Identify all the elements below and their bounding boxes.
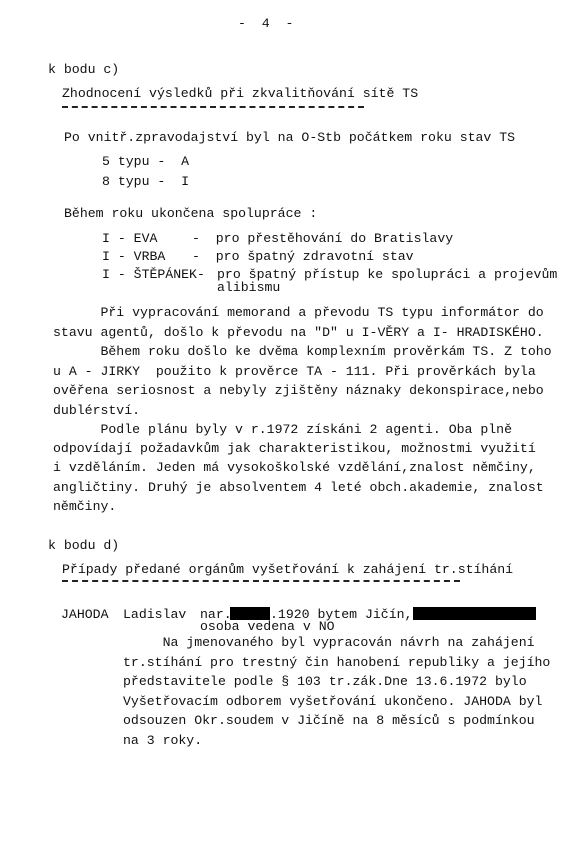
text-line: Podle plánu byly v r.1972 získáni 2 agen… xyxy=(53,422,512,438)
count-i: 8 typu - I xyxy=(102,174,189,190)
intro-text: Po vnitř.zpravodajství byl na O-Stb počá… xyxy=(64,130,515,146)
page-number: - 4 - xyxy=(238,16,293,32)
text-line: u A - JIRKY použito k prověrce TA - 111.… xyxy=(53,364,536,380)
text-line: dublérství. xyxy=(53,403,140,419)
text-line: odpovídají požadavkům jak charakteristik… xyxy=(53,441,536,457)
text-line: Vyšetřovacím odborem vyšetřování ukončen… xyxy=(123,694,542,710)
redaction-address xyxy=(413,607,536,620)
text-line: ověřena seriosnost a nebyly zjištěny náz… xyxy=(53,383,544,399)
case-note: osoba vedena v NO xyxy=(200,619,335,635)
terminated-who: I - EVA xyxy=(102,231,157,247)
heading-underline xyxy=(62,106,364,108)
text-line: odsouzen Okr.soudem v Jičíně na 8 měsíců… xyxy=(123,713,535,729)
terminated-who: I - ŠTĚPÁNEK- xyxy=(102,267,205,283)
text-line: představitele podle § 103 tr.zák.Dne 13.… xyxy=(123,674,527,690)
terminated-reason-cont: alibismu xyxy=(217,280,280,296)
text-line: němčiny. xyxy=(53,499,116,515)
terminated-intro: Během roku ukončena spolupráce : xyxy=(64,206,317,222)
text-line: tr.stíhání pro trestný čin hanobení repu… xyxy=(123,655,550,671)
text-line: Na jmenovaného byl vypracován návrh na z… xyxy=(123,635,535,651)
section-d-label: k bodu d) xyxy=(48,538,119,554)
text-line: stavu agentů, došlo k převodu na "D" u I… xyxy=(53,325,544,341)
count-a: 5 typu - A xyxy=(102,154,189,170)
terminated-reason: - pro přestěhování do Bratislavy xyxy=(192,231,453,247)
section-c-heading: Zhodnocení výsledků při zkvalitňování sí… xyxy=(62,86,418,102)
section-c-label: k bodu c) xyxy=(48,62,119,78)
text-line: Při vypracování memorand a převodu TS ty… xyxy=(53,305,544,321)
case-first-name: Ladislav xyxy=(123,607,186,623)
terminated-who: I - VRBA xyxy=(102,249,165,265)
section-d-heading: Případy předané orgánům vyšetřování k za… xyxy=(62,562,513,578)
text-line: angličtiny. Druhý je absolventem 4 leté … xyxy=(53,480,544,496)
case-surname: JAHODA xyxy=(61,607,108,623)
text-line: na 3 roky. xyxy=(123,733,202,749)
terminated-reason: - pro špatný zdravotní stav xyxy=(192,249,414,265)
text-line: i vzděláním. Jeden má vysokoškolské vzdě… xyxy=(53,460,536,476)
text-line: Během roku došlo ke dvěma komplexním pro… xyxy=(53,344,552,360)
heading-underline xyxy=(62,580,460,582)
